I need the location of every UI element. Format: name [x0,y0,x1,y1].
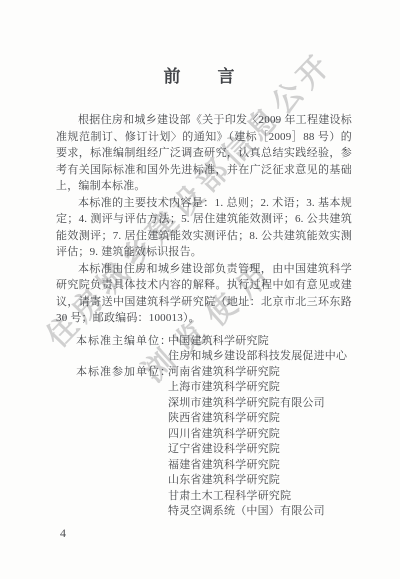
participant-unit: 辽宁省建设科学研究院 [168,442,352,458]
spacer [56,473,168,489]
foreword-paragraph-3: 本标准由住房和城乡建设部负责管理，由中国建筑科学研究院负责具体技术内容的解释。执… [56,261,352,327]
foreword-paragraph-2: 本标准的主要技术内容是：1. 总则；2. 术语；3. 基本规定；4. 测评与评估… [56,195,352,261]
spacer [56,489,168,505]
organizations-list: 本标准主编单位： 中国建筑科学研究院 住房和城乡建设部科技发展促进中心 本标准参… [56,334,352,520]
spacer [56,458,168,474]
chief-editor-label: 本标准主编单位： [56,334,168,350]
spacer [56,427,168,443]
participant-unit: 特灵空调系统（中国）有限公司 [168,504,352,520]
foreword-paragraph-1: 根据住房和城乡建设部《关于印发〈2009 年工程建设标准规范制订、修订计划〉的通… [56,112,352,195]
participant-unit: 陕西省建筑科学研究院 [168,411,352,427]
participants-label: 本标准参加单位： [56,365,168,381]
document-page: 住房城乡建设部信息公开 浏览使用 前 言 根据住房和城乡建设部《关于印发〈200… [0,0,400,579]
participant-unit: 福建省建筑科学研究院 [168,458,352,474]
participant-unit: 河南省建筑科学研究院 [168,365,352,381]
spacer [56,504,168,520]
participant-unit: 甘肃土木工程科学研究院 [168,489,352,505]
page-title: 前 言 [56,66,352,88]
participant-unit: 四川省建筑科学研究院 [168,427,352,443]
page-number: 4 [60,526,66,541]
spacer [56,396,168,412]
spacer [56,349,168,365]
participant-unit: 山东省建筑科学研究院 [168,473,352,489]
chief-editor-unit: 住房和城乡建设部科技发展促进中心 [168,349,352,365]
participant-unit: 深圳市建筑科学研究院有限公司 [168,396,352,412]
participant-unit: 上海市建筑科学研究院 [168,380,352,396]
spacer [56,411,168,427]
page-content: 前 言 根据住房和城乡建设部《关于印发〈2009 年工程建设标准规范制订、修订计… [0,0,400,520]
spacer [56,380,168,396]
chief-editor-unit: 中国建筑科学研究院 [168,334,352,350]
spacer [56,442,168,458]
